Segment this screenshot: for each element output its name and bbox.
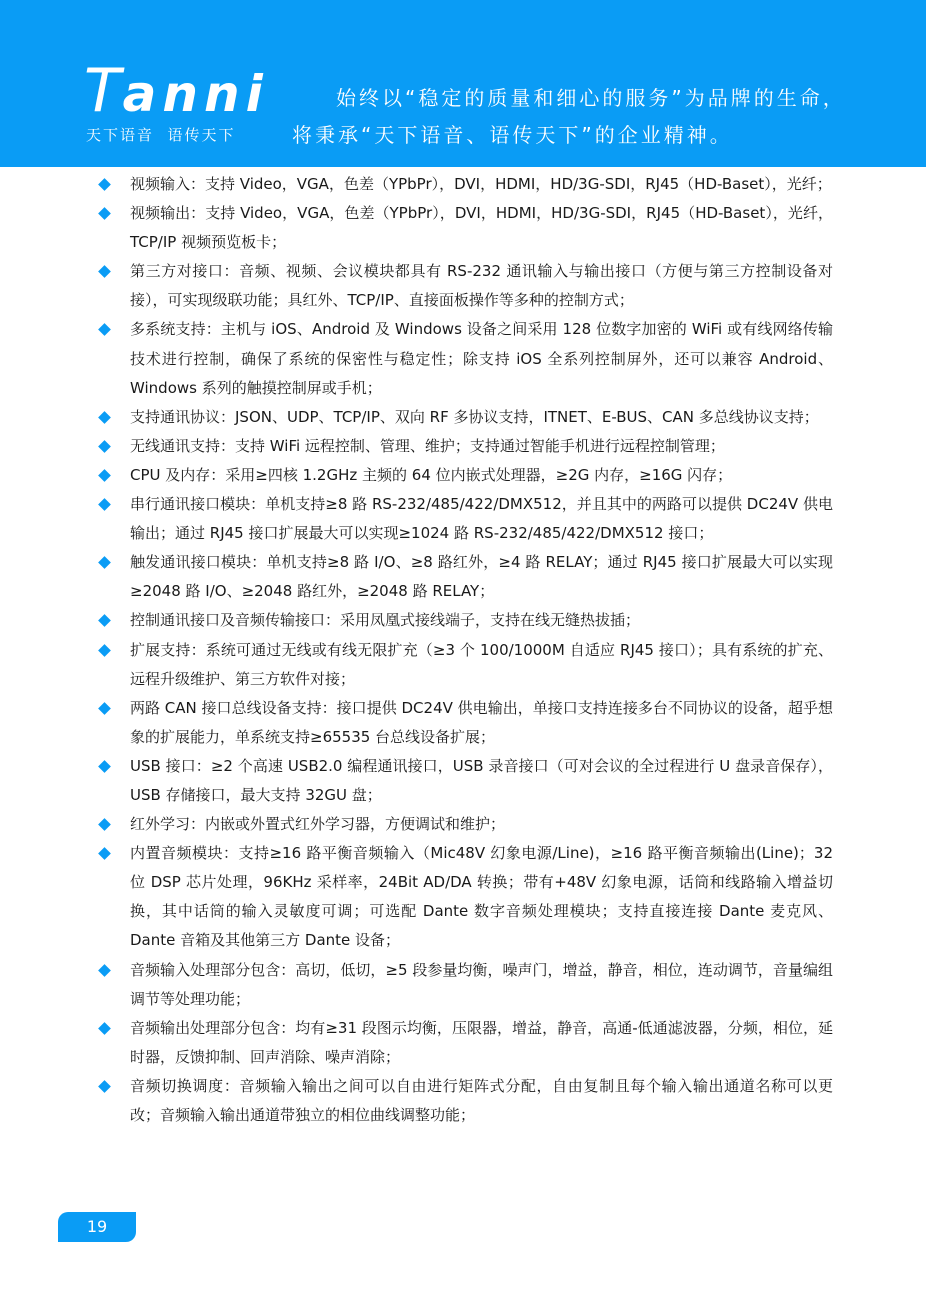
list-item: 音频切换调度：音频输入输出之间可以自由进行矩阵式分配，自由复制且每个输入输出通道…: [98, 1072, 833, 1130]
diamond-bullet-icon: [98, 440, 111, 453]
list-item: 音频输入处理部分包含：高切，低切，≥5 段参量均衡，噪声门，增益，静音，相位，连…: [98, 956, 833, 1014]
list-item: 控制通讯接口及音频传输接口：采用凤凰式接线端子，支持在线无缝热拔插；: [98, 606, 833, 635]
tanni-logo: Tanni: [84, 62, 269, 123]
list-item-text: 红外学习：内嵌或外置式红外学习器，方便调试和维护；: [130, 815, 505, 833]
diamond-bullet-icon: [98, 469, 111, 482]
list-item: 扩展支持：系统可通过无线或有线无限扩充（≥3 个 100/1000M 自适应 R…: [98, 636, 833, 694]
list-item: 红外学习：内嵌或外置式红外学习器，方便调试和维护；: [98, 810, 833, 839]
list-item-text: 音频切换调度：音频输入输出之间可以自由进行矩阵式分配，自由复制且每个输入输出通道…: [130, 1077, 833, 1124]
diamond-bullet-icon: [98, 1022, 111, 1035]
list-item: 视频输出：支持 Video，VGA，色差（YPbPr），DVI，HDMI，HD/…: [98, 199, 833, 257]
slogan-line-1: 始终以“稳定的质量和细心的服务”为品牌的生命，: [336, 82, 846, 111]
diamond-bullet-icon: [98, 847, 111, 860]
list-item-text: 音频输入处理部分包含：高切，低切，≥5 段参量均衡，噪声门，增益，静音，相位，连…: [130, 961, 833, 1008]
page-number-badge: 19: [58, 1212, 136, 1242]
diamond-bullet-icon: [98, 615, 111, 628]
list-item-text: 第三方对接口：音频、视频、会议模块都具有 RS-232 通讯输入与输出接口（方便…: [130, 262, 833, 309]
list-item-text: 控制通讯接口及音频传输接口：采用凤凰式接线端子，支持在线无缝热拔插；: [130, 611, 640, 629]
logo-subtitle: 天下语音 语传天下: [86, 124, 236, 145]
diamond-bullet-icon: [98, 964, 111, 977]
diamond-bullet-icon: [98, 702, 111, 715]
list-item-text: CPU 及内存：采用≥四核 1.2GHz 主频的 64 位内嵌式处理器，≥2G …: [130, 466, 732, 484]
list-item: 多系统支持：主机与 iOS、Android 及 Windows 设备之间采用 1…: [98, 315, 833, 402]
list-item-text: 多系统支持：主机与 iOS、Android 及 Windows 设备之间采用 1…: [130, 320, 833, 396]
list-item-text: 支持通讯协议：JSON、UDP、TCP/IP、双向 RF 多协议支持，ITNET…: [130, 408, 819, 426]
feature-list: 视频输入：支持 Video，VGA，色差（YPbPr），DVI，HDMI，HD/…: [98, 170, 833, 1130]
list-item-text: 串行通讯接口模块：单机支持≥8 路 RS-232/485/422/DMX512，…: [130, 495, 833, 542]
list-item-text: 无线通讯支持：支持 WiFi 远程控制、管理、维护；支持通过智能手机进行远程控制…: [130, 437, 725, 455]
diamond-bullet-icon: [98, 818, 111, 831]
diamond-bullet-icon: [98, 498, 111, 511]
list-item-text: 音频输出处理部分包含：均有≥31 段图示均衡，压限器，增益，静音，高通-低通滤波…: [130, 1019, 833, 1066]
list-item: 第三方对接口：音频、视频、会议模块都具有 RS-232 通讯输入与输出接口（方便…: [98, 257, 833, 315]
diamond-bullet-icon: [98, 265, 111, 278]
list-item-text: 触发通讯接口模块：单机支持≥8 路 I/O、≥8 路红外，≥4 路 RELAY；…: [130, 553, 833, 600]
logo-letters: anni: [123, 65, 269, 123]
list-item-text: USB 接口：≥2 个高速 USB2.0 编程通讯接口，USB 录音接口（可对会…: [130, 757, 833, 804]
logo-letter-t: T: [84, 56, 123, 126]
page-header: Tanni 天下语音 语传天下 始终以“稳定的质量和细心的服务”为品牌的生命， …: [0, 0, 926, 167]
list-item: 内置音频模块：支持≥16 路平衡音频输入（Mic48V 幻象电源/Line)，≥…: [98, 839, 833, 955]
list-item-text: 两路 CAN 接口总线设备支持：接口提供 DC24V 供电输出，单接口支持连接多…: [130, 699, 833, 746]
list-item: CPU 及内存：采用≥四核 1.2GHz 主频的 64 位内嵌式处理器，≥2G …: [98, 461, 833, 490]
diamond-bullet-icon: [98, 178, 111, 191]
list-item-text: 视频输出：支持 Video，VGA，色差（YPbPr），DVI，HDMI，HD/…: [130, 204, 833, 251]
diamond-bullet-icon: [98, 207, 111, 220]
list-item: 视频输入：支持 Video，VGA，色差（YPbPr），DVI，HDMI，HD/…: [98, 170, 833, 199]
list-item: 音频输出处理部分包含：均有≥31 段图示均衡，压限器，增益，静音，高通-低通滤波…: [98, 1014, 833, 1072]
diamond-bullet-icon: [98, 324, 111, 337]
list-item: USB 接口：≥2 个高速 USB2.0 编程通讯接口，USB 录音接口（可对会…: [98, 752, 833, 810]
diamond-bullet-icon: [98, 556, 111, 569]
diamond-bullet-icon: [98, 1080, 111, 1093]
slogan-line-2: 将秉承“天下语音、语传天下”的企业精神。: [292, 119, 733, 148]
list-item: 两路 CAN 接口总线设备支持：接口提供 DC24V 供电输出，单接口支持连接多…: [98, 694, 833, 752]
page-number: 19: [87, 1217, 107, 1236]
list-item-text: 视频输入：支持 Video，VGA，色差（YPbPr），DVI，HDMI，HD/…: [130, 175, 832, 193]
list-item: 串行通讯接口模块：单机支持≥8 路 RS-232/485/422/DMX512，…: [98, 490, 833, 548]
list-item: 支持通讯协议：JSON、UDP、TCP/IP、双向 RF 多协议支持，ITNET…: [98, 403, 833, 432]
list-item-text: 扩展支持：系统可通过无线或有线无限扩充（≥3 个 100/1000M 自适应 R…: [130, 641, 833, 688]
list-item: 触发通讯接口模块：单机支持≥8 路 I/O、≥8 路红外，≥4 路 RELAY；…: [98, 548, 833, 606]
list-item: 无线通讯支持：支持 WiFi 远程控制、管理、维护；支持通过智能手机进行远程控制…: [98, 432, 833, 461]
diamond-bullet-icon: [98, 411, 111, 424]
diamond-bullet-icon: [98, 760, 111, 773]
diamond-bullet-icon: [98, 644, 111, 657]
list-item-text: 内置音频模块：支持≥16 路平衡音频输入（Mic48V 幻象电源/Line)，≥…: [130, 844, 833, 949]
